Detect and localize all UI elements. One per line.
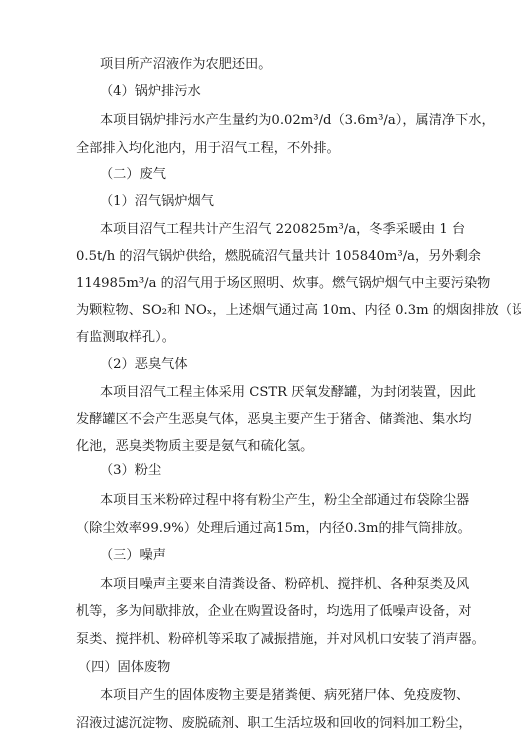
paragraph-line: 为颗粒物、SO₂和 NOₓ，上述烟气通过高 10m、内径 0.3m 的烟囱排放（…	[76, 303, 521, 319]
section-heading: （3）粉尘	[100, 463, 161, 479]
section-heading: （4）锅炉排污水	[100, 84, 201, 100]
paragraph-line: 泵类、搅拌机、粉碎机等采取了减振措施，并对风机口安装了消声器。	[76, 632, 485, 648]
section-heading: （三）噪声	[100, 548, 166, 564]
paragraph-line: 本项目锅炉排污水产生量约为0.02m³/d（3.6m³/a），属清净下水，	[100, 113, 495, 129]
section-heading: （1）沼气锅炉烟气	[100, 194, 214, 210]
paragraph-line: （除尘效率99.9%）处理后通过高15m，内径0.3m的排气筒排放。	[76, 521, 471, 537]
paragraph-line: 沼液过滤沉淀物、废脱硫剂、职工生活垃圾和回收的饲料加工粉尘，	[76, 716, 472, 732]
paragraph-line: 全部排入均化池内，用于沼气工程，不外排。	[76, 141, 340, 157]
paragraph-line: 0.5t/h 的沼气锅炉供给，燃脱硫沼气量共计 105840m³/a，另外剩余	[76, 249, 481, 265]
paragraph-line: 本项目沼气工程主体采用 CSTR 厌氧发酵罐，为封闭装置，因此	[100, 385, 476, 401]
paragraph-line: 本项目产生的固体废物主要是猪粪便、病死猪尸体、免疫废物、	[100, 688, 469, 704]
paragraph-line: 项目所产沼液作为农肥还田。	[100, 57, 271, 73]
paragraph-line: 化池，恶臭类物质主要是氨气和硫化氢。	[76, 439, 313, 455]
paragraph-line: 本项目沼气工程共计产生沼气 220825m³/a，冬季采暖由 1 台	[100, 222, 465, 238]
paragraph-line: 本项目玉米粉碎过程中将有粉尘产生，粉尘全部通过布袋除尘器	[100, 493, 469, 509]
paragraph-line: 114985m³/a 的沼气用于场区照明、炊事。燃气锅炉烟气中主要污染物	[76, 276, 490, 292]
section-heading: （四）固体废物	[78, 660, 170, 676]
paragraph-line: 机等，多为间歇排放，企业在购置设备时，均选用了低噪声设备，对	[76, 604, 472, 620]
section-heading: （2）恶臭气体	[100, 357, 188, 373]
paragraph-line: 本项目噪声主要来自清粪设备、粉碎机、搅拌机、各种泵类及风	[100, 577, 469, 593]
paragraph-line: 发酵罐区不会产生恶臭气体，恶臭主要产生于猪舍、储粪池、集水均	[76, 412, 472, 428]
paragraph-line: 有监测取样孔）。	[76, 330, 175, 346]
section-heading: （二）废气	[100, 167, 166, 183]
